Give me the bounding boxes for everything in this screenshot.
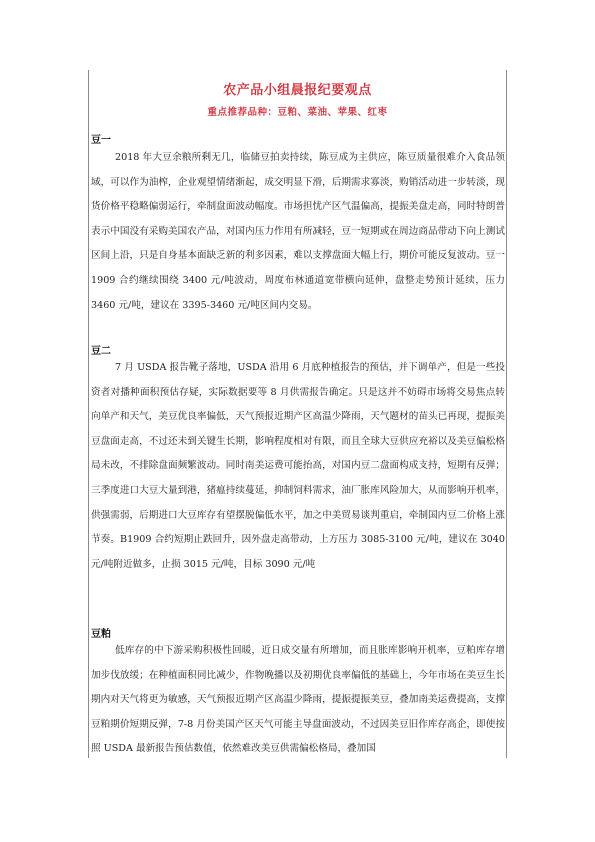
section-body-soybean-1: 2018 年大豆余粮所剩无几，临储豆拍卖持续，陈豆成为主供应，陈豆质量很难介入食… <box>91 146 505 318</box>
document-title: 农产品小组晨报纪要观点 <box>88 79 507 98</box>
section-body-soybean-meal: 低库存的中下游采购积极性回暖，近日成交量有所增加，而且胀库影响开机率，豆粕库存增… <box>91 639 505 762</box>
section-heading-soybean-2: 豆二 <box>91 342 111 357</box>
section-body-soybean-2: 7 月 USDA 报告靴子落地，USDA 沿用 6 月底种植报告的预估，并下调单… <box>91 356 505 577</box>
section-heading-soybean-1: 豆一 <box>91 131 111 146</box>
recommended-varieties: 重点推荐品种：豆粕、菜油、苹果、红枣 <box>88 104 507 118</box>
section-heading-soybean-meal: 豆粕 <box>91 625 111 640</box>
